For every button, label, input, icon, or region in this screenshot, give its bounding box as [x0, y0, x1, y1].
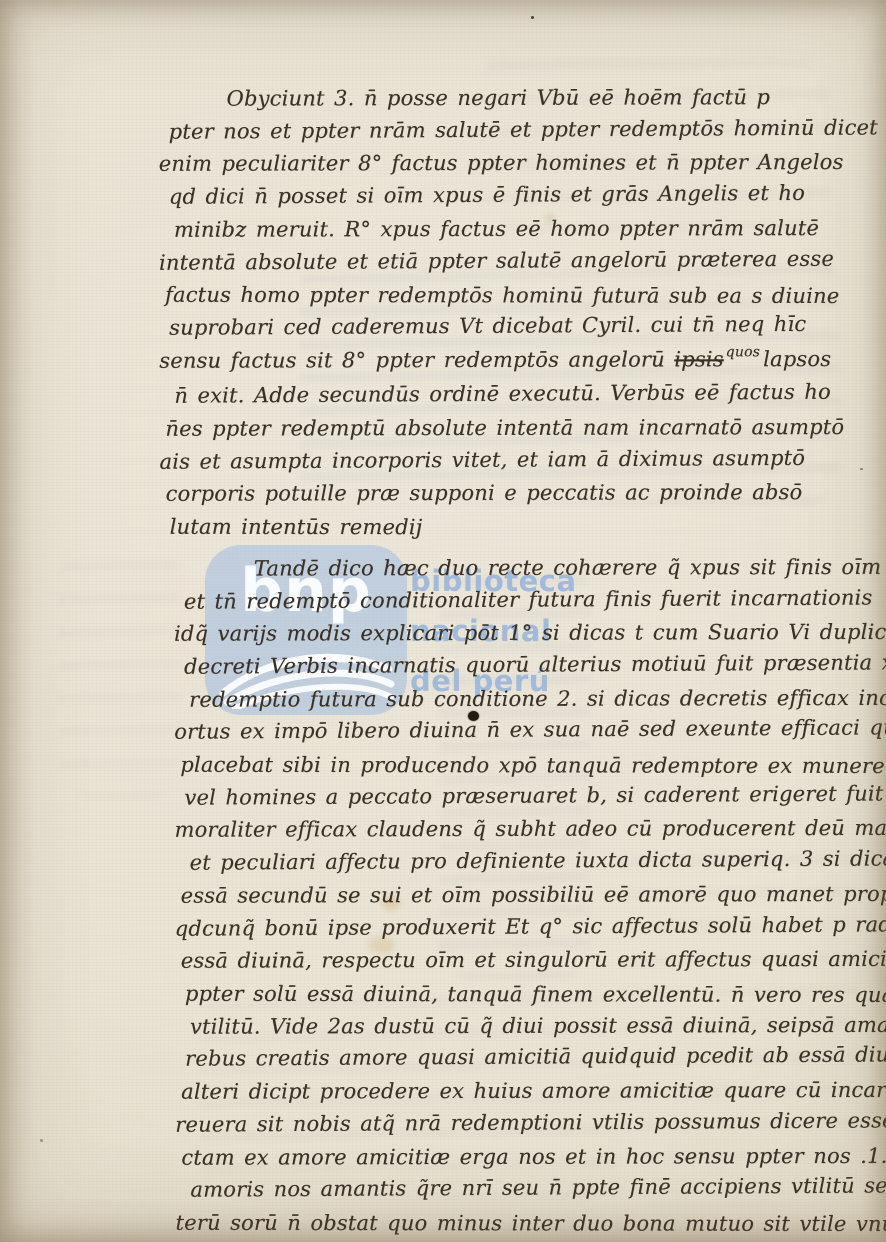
- paragraph-2: Tandē dico hæc duo recte cohærere q̃ xpu…: [0, 551, 886, 1240]
- paragraph-1: Obyciunt 3. n̄ posse negari Vbū eē hoēm …: [0, 81, 886, 544]
- manuscript-line: essā diuinā, respectu oīm et singulorū e…: [181, 943, 886, 978]
- manuscript-line: suprobari ced caderemus Vt dicebat Cyril…: [169, 307, 885, 344]
- manuscript-line: reuera sit nobis atq̃ nrā redemptioni vt…: [175, 1104, 886, 1141]
- manuscript-line: intentā absolute et etiā ppter salutē an…: [159, 242, 885, 279]
- manuscript-line: qdcunq̃ bonū ipse produxerit Et q° sic a…: [175, 908, 886, 945]
- manuscript-line: n̄es ppter redemptū absolute intentā nam…: [165, 411, 885, 446]
- struck-word: ipsis: [674, 347, 724, 371]
- manuscript-line: minibz meruit. R° xpus factus eē homo pp…: [174, 212, 885, 247]
- manuscript-line: rebus creatis amore quasi amicitiā quidq…: [185, 1039, 886, 1076]
- manuscript-line: terū sorū n̄ obstat quo minus inter duo …: [175, 1207, 886, 1241]
- manuscript-line: moraliter efficax claudens q̃ subht adeo…: [174, 812, 886, 847]
- manuscript-line: enim peculiariter 8° factus ppter homine…: [159, 146, 885, 181]
- manuscript-line: et tn̄ redemptō conditionaliter futura f…: [184, 581, 886, 618]
- manuscript-line: et peculiari affectu pro definiente iuxt…: [189, 843, 886, 880]
- manuscript-line: ppter solū essā diuinā, tanquā finem exc…: [185, 978, 886, 1012]
- manuscript-line: Obyciunt 3. n̄ posse negari Vbū eē hoēm …: [164, 81, 884, 116]
- manuscript-line: pter nos et ppter nrām salutē et ppter r…: [169, 111, 885, 148]
- interlinear-correction: quos: [726, 344, 760, 360]
- ink-speck: [40, 1139, 43, 1142]
- manuscript-line: alteri dicipt procedere ex huius amore a…: [181, 1074, 886, 1109]
- ink-speck: [860, 468, 863, 470]
- line-text: lapsos: [763, 347, 831, 371]
- handwriting-layer: Obyciunt 3. n̄ posse negari Vbū eē hoēm …: [0, 81, 886, 1240]
- manuscript-line: decreti Verbis incarnatis quorū alterius…: [184, 646, 886, 683]
- manuscript-line: ctam ex amore amicitiæ erga nos et in ho…: [181, 1139, 886, 1174]
- manuscript-line: amoris nos amantis q̃re nrī seu n̄ ppte …: [190, 1170, 886, 1207]
- manuscript-line: Tandē dico hæc duo recte cohærere q̃ xpu…: [180, 551, 886, 586]
- manuscript-line: vel homines a peccato præseruaret b, si …: [184, 777, 886, 814]
- manuscript-line: ortus ex impō libero diuina n̄ ex sua na…: [174, 712, 886, 749]
- manuscript-line: ais et asumpta incorporis vitet, et iam …: [159, 441, 885, 478]
- line-text: sensu factus sit 8° ppter redemptōs ange…: [159, 347, 674, 372]
- manuscript-line-with-correction: sensu factus sit 8° ppter redemptōs ange…: [159, 342, 885, 380]
- manuscript-line: essā secundū se sui et oīm possibiliū eē…: [181, 878, 886, 913]
- ink-speck: [531, 16, 534, 19]
- manuscript-page: bnp biblioteca nacional del perú Obyciun…: [0, 0, 886, 1242]
- manuscript-line: redemptio futura sub conditione 2. si di…: [189, 681, 886, 716]
- manuscript-line: vtilitū. Vide 2as dustū cū q̃ diui possi…: [190, 1009, 886, 1044]
- manuscript-line: n̄ exit. Adde secundūs ordinē executū. V…: [174, 376, 885, 413]
- manuscript-line: lutam intentūs remedij: [170, 511, 886, 545]
- manuscript-line: qd dici n̄ posset si oīm xpus ē finis et…: [169, 176, 885, 213]
- manuscript-line: corporis potuille præ supponi e peccatis…: [166, 476, 886, 511]
- manuscript-line: idq̃ varijs modis explicari pōt 1° si di…: [174, 616, 886, 651]
- ink-blot: [468, 711, 479, 721]
